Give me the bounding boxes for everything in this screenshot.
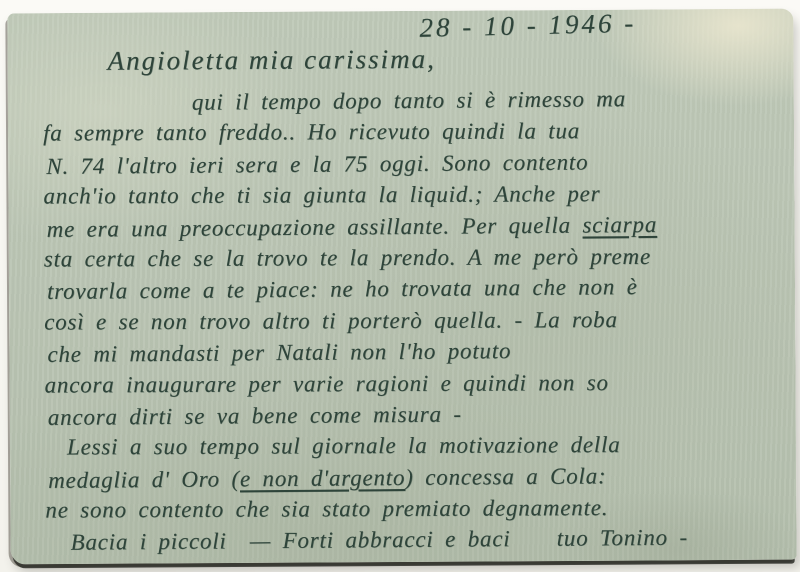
line-text: Bacia i piccoli — Forti abbracci e baci … (70, 525, 688, 555)
scan-background: 28 - 10 - 1946 - Angioletta mia carissim… (0, 0, 800, 572)
letter-line: che mi mandasti per Natali non l'ho potu… (47, 333, 777, 370)
underlined-phrase: e non d'argento (240, 465, 406, 491)
line-text: N. 74 l'altro ieri sera e la 75 oggi. So… (46, 149, 588, 178)
line-text: medaglia d' Oro ( (48, 466, 240, 493)
letter-line: ancora dirti se va bene come misura - (48, 396, 778, 433)
line-text: che mi mandasti per Natali non l'ho potu… (47, 338, 511, 367)
line-text: fa sempre tanto freddo.. Ho ricevuto qui… (43, 119, 580, 146)
letter-line: Lessi a suo tempo sul giornale la motiva… (45, 429, 775, 464)
letter-paper: 28 - 10 - 1946 - Angioletta mia carissim… (7, 9, 796, 565)
letter-line: ancora inaugurare per varie ragioni e qu… (45, 366, 775, 401)
letter-line: qui il tempo dopo tanto si è rimesso ma (46, 82, 776, 119)
letter-line: così e se non trovo altro ti porterò que… (44, 303, 774, 338)
letter-line: me era una preoccupazione assillante. Pe… (47, 208, 777, 245)
letter-line: N. 74 l'altro ieri sera e la 75 oggi. So… (46, 145, 776, 182)
letter-line: Bacia i piccoli — Forti abbracci e baci … (48, 521, 778, 558)
line-text: ) concessa a Cola: (405, 463, 606, 490)
letter-line: medaglia d' Oro (e non d'argento) conces… (48, 459, 778, 496)
letter-date: 28 - 10 - 1946 - (419, 8, 636, 44)
underlined-word: sciarpa (582, 211, 657, 237)
line-text: me era una preoccupazione assillante. Pe… (47, 212, 583, 241)
letter-salutation: Angioletta mia carissima, (108, 44, 436, 77)
line-text: Lessi a suo tempo sul giornale la motiva… (67, 432, 621, 459)
line-text: ancora inaugurare per varie ragioni e qu… (45, 370, 609, 397)
letter-line: anch'io tanto che ti sia giunta la liqui… (43, 178, 773, 213)
line-text: sta certa che se la trovo te la prendo. … (44, 244, 651, 272)
line-text: trovarla come a te piace: ne ho trovata … (47, 274, 638, 304)
line-text: qui il tempo dopo tanto si è rimesso ma (192, 86, 626, 115)
letter-line: fa sempre tanto freddo.. Ho ricevuto qui… (43, 115, 773, 150)
letter-line: ne sono contento che sia stato premiato … (45, 491, 775, 526)
letter-body: qui il tempo dopo tanto si è rimesso ma … (44, 83, 777, 558)
letter-line: sta certa che se la trovo te la prendo. … (44, 240, 774, 275)
line-text: ne sono contento che sia stato premiato … (45, 495, 608, 522)
line-text: anch'io tanto che ti sia giunta la liqui… (43, 181, 600, 208)
line-text: ancora dirti se va bene come misura - (48, 401, 462, 429)
letter-line: trovarla come a te piace: ne ho trovata … (47, 270, 777, 307)
line-text: così e se non trovo altro ti porterò que… (44, 307, 618, 335)
